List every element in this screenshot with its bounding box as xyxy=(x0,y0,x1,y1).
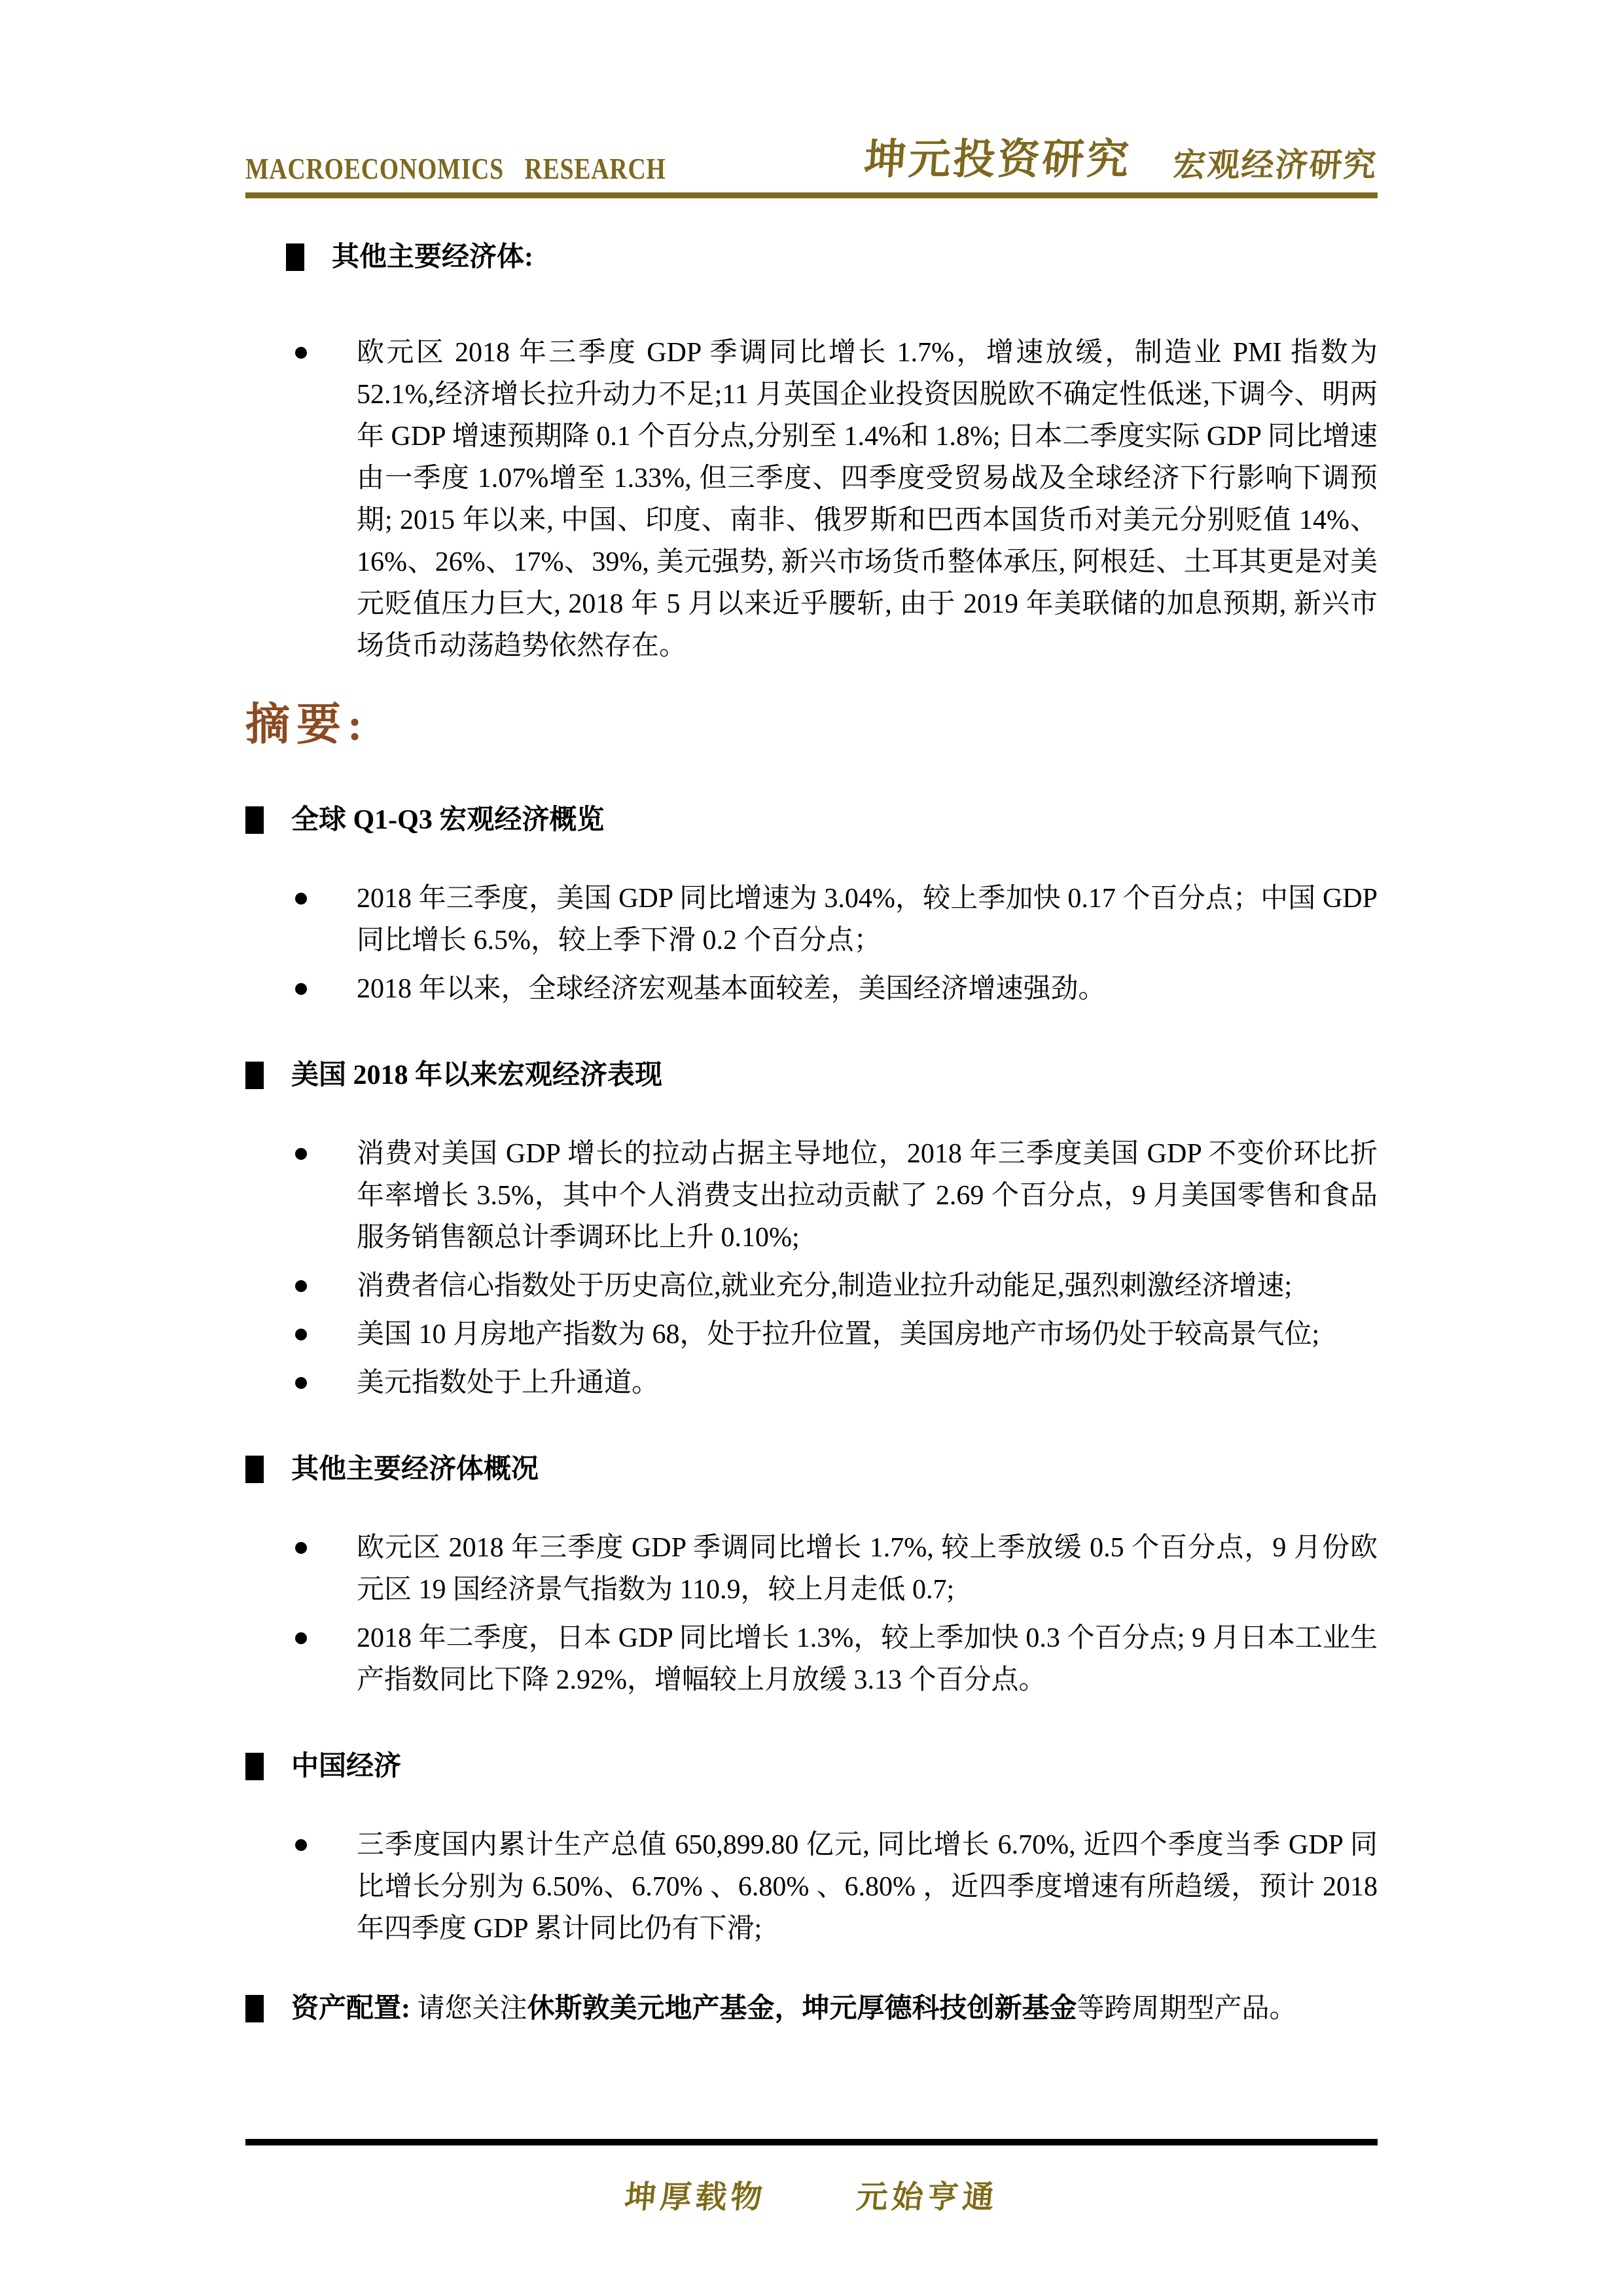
footer-motto-right: 元始亨通 xyxy=(855,2172,1000,2217)
page-content: MACROECONOMICS RESEARCH 坤元投资研究 宏观经济研究 其他… xyxy=(245,0,1378,2296)
section-heading-other-economies: 其他主要经济体: xyxy=(286,239,1378,276)
list-item: 美元指数处于上升通道。 xyxy=(245,1362,1378,1404)
bullet-list: 三季度国内累计生产总值 650,899.80 亿元, 同比增长 6.70%, 近… xyxy=(245,1824,1378,1950)
section-heading-label: 中国经济 xyxy=(291,1748,401,1785)
document-page: MACROECONOMICS RESEARCH 坤元投资研究 宏观经济研究 其他… xyxy=(0,0,1623,2296)
square-bullet-icon xyxy=(245,806,264,834)
list-item: 消费者信心指数处于历史高位,就业充分,制造业拉升动能足,强烈刺激经济增速; xyxy=(245,1265,1378,1307)
list-item: 消费对美国 GDP 增长的拉动占据主导地位，2018 年三季度美国 GDP 不变… xyxy=(245,1133,1378,1259)
section-heading-label: 其他主要经济体: xyxy=(332,239,533,276)
report-category: 宏观经济研究 xyxy=(1171,139,1379,186)
list-item: 2018 年二季度，日本 GDP 同比增长 1.3%，较上季加快 0.3 个百分… xyxy=(245,1617,1378,1701)
list-item: 三季度国内累计生产总值 650,899.80 亿元, 同比增长 6.70%, 近… xyxy=(245,1824,1378,1950)
square-bullet-icon xyxy=(245,1995,264,2022)
list-item: 美国 10 月房地产指数为 68，处于拉升位置，美国房地产市场仍处于较高景气位; xyxy=(245,1314,1378,1355)
section-other-economies-overview: 其他主要经济体概况 欧元区 2018 年三季度 GDP 季调同比增长 1.7%,… xyxy=(245,1451,1378,1701)
section-heading-label: 其他主要经济体概况 xyxy=(291,1451,539,1488)
footer-motto: 坤厚载物 元始亨通 xyxy=(245,2172,1378,2217)
intro-bullet-list: 欧元区 2018 年三季度 GDP 季调同比增长 1.7%，增速放缓，制造业 P… xyxy=(245,332,1378,667)
section-us-economy: 美国 2018 年以来宏观经济表现 消费对美国 GDP 增长的拉动占据主导地位，… xyxy=(245,1057,1378,1404)
asset-allocation-funds: 休斯敦美元地产基金，坤元厚德科技创新基金 xyxy=(527,1994,1077,2024)
header-rule xyxy=(245,192,1378,198)
section-heading: 全球 Q1-Q3 宏观经济概览 xyxy=(245,802,1378,838)
square-bullet-icon xyxy=(245,1062,264,1089)
asset-allocation-line: 资产配置: 请您关注休斯敦美元地产基金，坤元厚德科技创新基金等跨周期型产品。 xyxy=(291,1990,1297,2027)
section-heading: 其他主要经济体概况 xyxy=(245,1451,1378,1488)
header-brand-group: 坤元投资研究 宏观经济研究 xyxy=(865,126,1378,186)
section-global-overview: 全球 Q1-Q3 宏观经济概览 2018 年三季度，美国 GDP 同比增速为 3… xyxy=(245,802,1378,1010)
square-bullet-icon xyxy=(245,1753,264,1780)
section-heading-label: 全球 Q1-Q3 宏观经济概览 xyxy=(291,802,604,838)
asset-allocation-tail: 等跨周期型产品。 xyxy=(1077,1994,1297,2024)
list-item: 2018 年三季度，美国 GDP 同比增速为 3.04%，较上季加快 0.17 … xyxy=(245,878,1378,961)
brand-title: 坤元投资研究 xyxy=(863,126,1133,186)
square-bullet-icon xyxy=(286,243,304,271)
section-heading: 美国 2018 年以来宏观经济表现 xyxy=(245,1057,1378,1094)
section-china-economy: 中国经济 三季度国内累计生产总值 650,899.80 亿元, 同比增长 6.7… xyxy=(245,1748,1378,1950)
section-asset-allocation: 资产配置: 请您关注休斯敦美元地产基金，坤元厚德科技创新基金等跨周期型产品。 xyxy=(245,1990,1378,2027)
list-item: 欧元区 2018 年三季度 GDP 季调同比增长 1.7%, 较上季放缓 0.5… xyxy=(245,1527,1378,1611)
page-header: MACROECONOMICS RESEARCH 坤元投资研究 宏观经济研究 xyxy=(245,126,1378,186)
section-heading-label: 美国 2018 年以来宏观经济表现 xyxy=(291,1057,662,1094)
bullet-list: 消费对美国 GDP 增长的拉动占据主导地位，2018 年三季度美国 GDP 不变… xyxy=(245,1133,1378,1404)
section-heading: 中国经济 xyxy=(245,1748,1378,1785)
header-english-title: MACROECONOMICS RESEARCH xyxy=(245,151,666,186)
footer-rule xyxy=(245,2139,1378,2145)
list-item: 2018 年以来，全球经济宏观基本面较差，美国经济增速强劲。 xyxy=(245,968,1378,1010)
bullet-list: 2018 年三季度，美国 GDP 同比增速为 3.04%，较上季加快 0.17 … xyxy=(245,878,1378,1010)
list-item: 欧元区 2018 年三季度 GDP 季调同比增长 1.7%，增速放缓，制造业 P… xyxy=(245,332,1378,667)
asset-allocation-label: 资产配置: xyxy=(291,1994,410,2024)
footer-motto-left: 坤厚载物 xyxy=(623,2172,768,2217)
bullet-list: 欧元区 2018 年三季度 GDP 季调同比增长 1.7%, 较上季放缓 0.5… xyxy=(245,1527,1378,1701)
asset-allocation-lead: 请您关注 xyxy=(410,1994,527,2024)
summary-heading: 摘要: xyxy=(245,694,1378,755)
square-bullet-icon xyxy=(245,1456,264,1483)
